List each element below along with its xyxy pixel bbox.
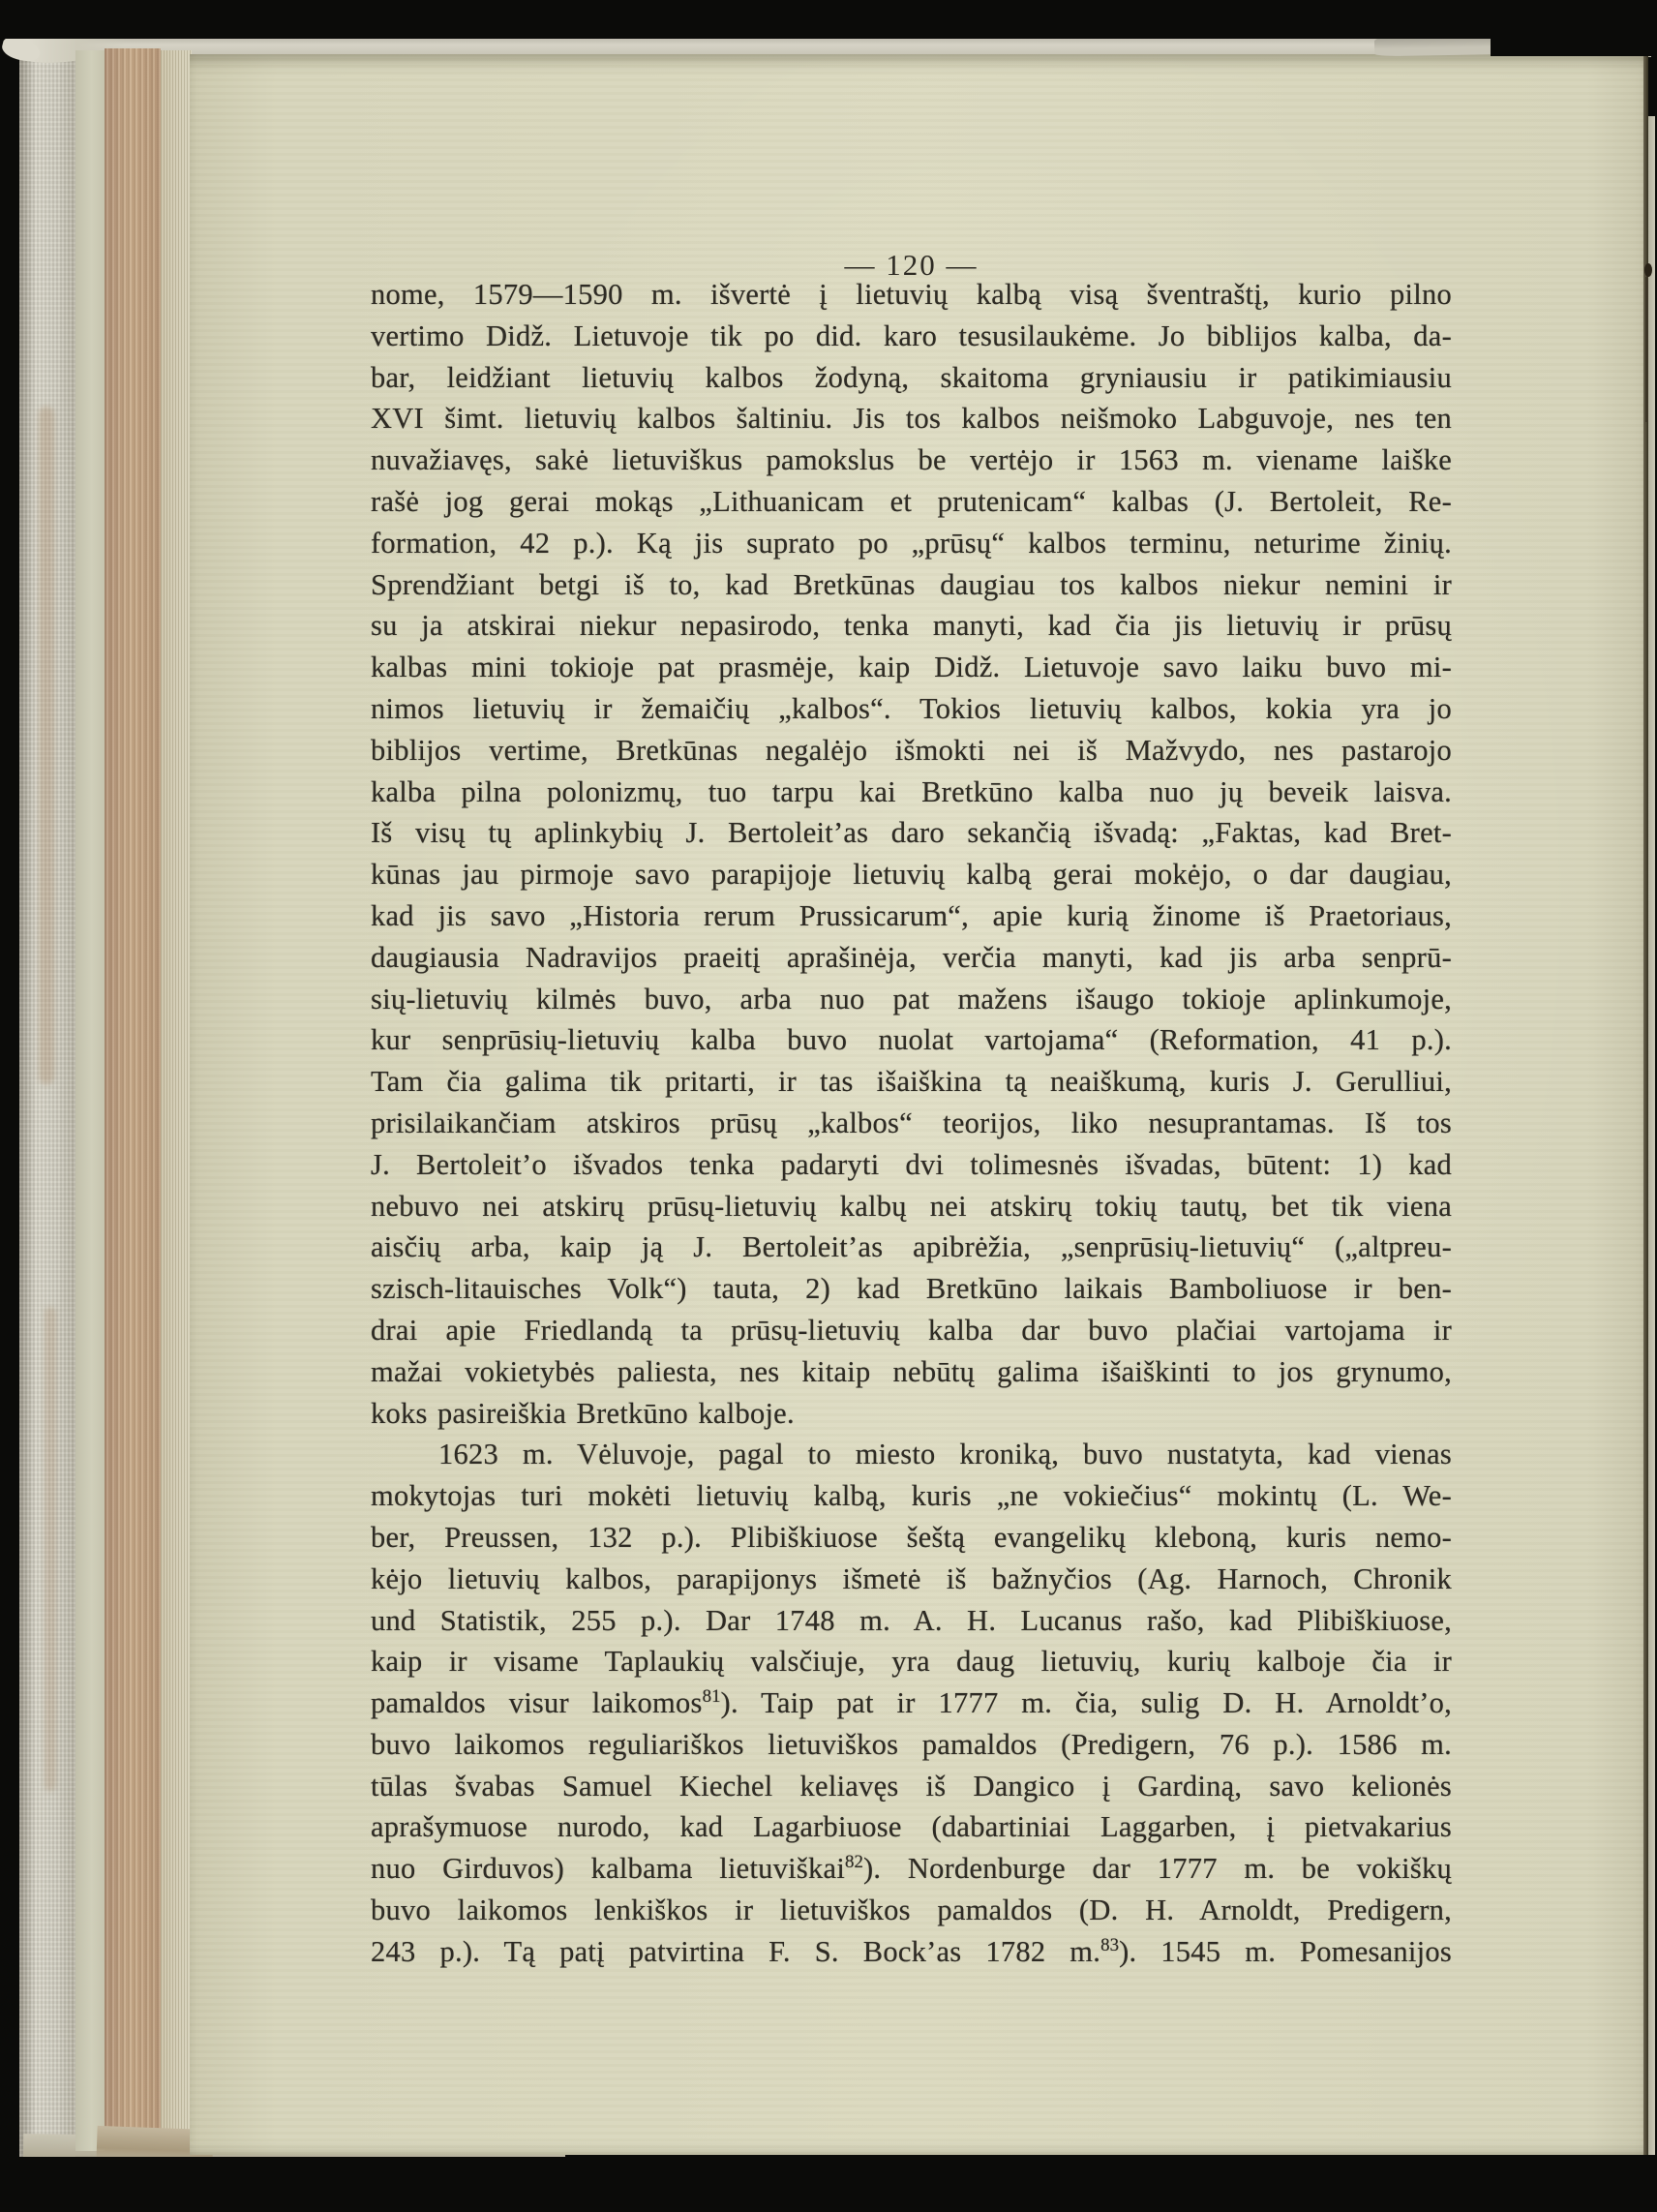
photo-black-bottom — [0, 2157, 1657, 2212]
text-line: 243 p.). Tą patį patvirtina F. S. Bock’a… — [371, 1931, 1452, 1973]
text-line: kad jis savo „Historia rerum Prussicarum… — [371, 895, 1452, 937]
text-line: bar, leidžiant lietuvių kalbos žodyną, s… — [371, 357, 1452, 399]
text-line: kėjo lietuvių kalbos, parapijonys išmetė… — [371, 1559, 1452, 1600]
book-cover-left-edge — [19, 39, 75, 2180]
text-line: kalbas mini tokioje pat prasmėje, kaip D… — [371, 647, 1452, 688]
text-line: nuvažiavęs, sakė lietuviškus pamokslus b… — [371, 439, 1452, 481]
page-stack-fine-edges — [161, 50, 192, 2149]
text-line: kalba pilna polonizmų, tuo tarpu kai Bre… — [371, 772, 1452, 813]
paragraph: 1623 m. Vėluvoje, pagal to miesto kronik… — [371, 1434, 1452, 1972]
photo-black-top — [0, 0, 1657, 39]
text-line: 1623 m. Vėluvoje, pagal to miesto kronik… — [371, 1434, 1452, 1475]
text-line: Sprendžiant betgi iš to, kad Bretkūnas d… — [371, 564, 1452, 606]
page-stack-rough-edge — [105, 48, 161, 2147]
text-line: formation, 42 p.). Ką jis suprato po „pr… — [371, 523, 1452, 564]
text-line: Iš visų tų aplinkybių J. Bertoleit’as da… — [371, 812, 1452, 854]
text-line: mokytojas turi mokėti lietuvių kalbą, ku… — [371, 1475, 1452, 1517]
text-line: prisilaikančiam atskiros prūsų „kalbos“ … — [371, 1103, 1452, 1144]
cover-stain — [45, 1307, 56, 1791]
text-line: su ja atskirai niekur nepasirodo, tenka … — [371, 605, 1452, 647]
flyleaf-page-edge — [75, 50, 105, 2151]
page-edge-streak — [1645, 277, 1648, 422]
text-line: Tam čia galima tik pritarti, ir tas išai… — [371, 1061, 1452, 1103]
photo-black-top-right — [1491, 0, 1657, 56]
text-line: buvo laikomos reguliariškos lietuviškos … — [371, 1724, 1452, 1766]
text-line: nuo Girduvos) kalbama lietuviškai82). No… — [371, 1848, 1452, 1890]
adjacent-page-sliver — [1648, 116, 1655, 2155]
text-line: kaip ir visame Taplaukių valsčiuje, yra … — [371, 1641, 1452, 1682]
text-line: koks pasireiškia Bretkūno kalboje. — [371, 1393, 1452, 1435]
text-line: kur senprūsių-lietuvių kalba buvo nuolat… — [371, 1019, 1452, 1061]
text-line: biblijos vertime, Bretkūnas negalėjo išm… — [371, 730, 1452, 772]
cover-stain — [39, 407, 54, 1084]
book-scan-photo: { "page": { "number_label": "— 120 —" },… — [0, 0, 1657, 2212]
text-line: szisch-litauisches Volk“) tauta, 2) kad … — [371, 1268, 1452, 1310]
text-line: buvo laikomos lenkiškos ir lietuviškos p… — [371, 1890, 1452, 1931]
text-line: mažai vokietybės paliesta, nes kitaip ne… — [371, 1351, 1452, 1393]
text-line: nimos lietuvių ir žemaičių „kalbos“. Tok… — [371, 688, 1452, 730]
text-line: aisčių arba, kaip ją J. Bertoleit’as api… — [371, 1227, 1452, 1268]
page-edge-speck — [1644, 263, 1652, 277]
text-line: ber, Preussen, 132 p.). Plibiškiuose šeš… — [371, 1517, 1452, 1559]
text-line: tūlas švabas Samuel Kiechel keliavęs iš … — [371, 1766, 1452, 1807]
text-line: aprašymuose nurodo, kad Lagarbiuose (dab… — [371, 1806, 1452, 1848]
text-line: sių-lietuvių kilmės buvo, arba nuo pat m… — [371, 979, 1452, 1020]
text-line: vertimo Didž. Lietuvoje tik po did. karo… — [371, 316, 1452, 357]
text-line: pamaldos visur laikomos81). Taip pat ir … — [371, 1682, 1452, 1724]
text-line: rašė jog gerai mokąs „Lithuanicam et pru… — [371, 481, 1452, 523]
text-line: XVI šimt. lietuvių kalbos šaltiniu. Jis … — [371, 398, 1452, 439]
text-block: nome, 1579—1590 m. išvertė į lietuvių ka… — [371, 274, 1452, 1973]
text-line: kūnas jau pirmoje savo parapijoje lietuv… — [371, 854, 1452, 895]
text-line: daugiausia Nadravijos praeitį aprašinėja… — [371, 937, 1452, 979]
text-line: drai apie Friedlandą ta prūsų-lietuvių k… — [371, 1310, 1452, 1351]
paragraph: nome, 1579—1590 m. išvertė į lietuvių ka… — [371, 274, 1452, 1434]
text-line: und Statistik, 255 p.). Dar 1748 m. A. H… — [371, 1600, 1452, 1642]
text-line: nome, 1579—1590 m. išvertė į lietuvių ka… — [371, 274, 1452, 316]
text-line: J. Bertoleit’o išvados tenka padaryti dv… — [371, 1144, 1452, 1186]
text-line: nebuvo nei atskirų prūsų-lietuvių kalbų … — [371, 1186, 1452, 1227]
